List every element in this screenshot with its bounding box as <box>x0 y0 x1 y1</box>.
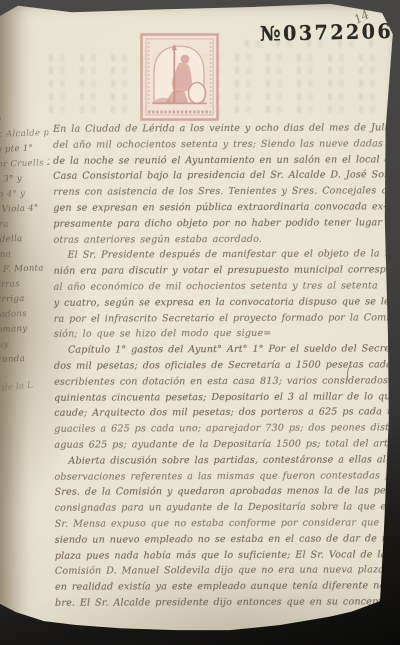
manuscript-line: guaciles a 625 ps cada uno; aparejador 7… <box>54 420 392 437</box>
manuscript-line: al año económico de mil ochocientos sete… <box>54 278 392 295</box>
manuscript-line: de la noche se reunió el Ayuntamiento en… <box>53 152 391 169</box>
manuscript-line: presamente para dicho objeto por no habe… <box>53 215 391 232</box>
manuscript-line: en realidad existía ya este empleado aun… <box>55 578 393 595</box>
manuscript-line: y cuatro, según se expresa en la convoca… <box>54 294 392 311</box>
manuscript-line: observaciones referentes a las mismas qu… <box>54 468 392 485</box>
margin-entry: uy <box>0 336 56 353</box>
manuscript-line: Capítulo 1° gastos del Ayunt° Art° 1° Po… <box>54 341 392 358</box>
margin-entry: Sr. Alcalde pte <box>0 126 49 143</box>
margin-entry: ladons <box>0 306 55 323</box>
margin-entry: randa <box>0 351 56 368</box>
photo-background: №0372206 14 <box>0 0 400 645</box>
manuscript-line: dos mil pesetas; dos oficiales de Secret… <box>54 357 392 374</box>
manuscript-line: escribientes con dotación en esta casa 8… <box>54 373 392 390</box>
manuscript-line: del año mil ochocientos setenta y tres; … <box>53 136 391 153</box>
manuscript-line: caude; Arquitecto dos mil pesetas; dos p… <box>54 405 392 422</box>
manuscript-line: bre. El Sr. Alcalde presidente dijo ento… <box>55 594 393 611</box>
margin-entry: era <box>0 216 52 233</box>
manuscript-line: Abierta discusión sobre las partidas, co… <box>54 452 392 469</box>
manuscript-line: plaza pues nada había más que lo suficie… <box>55 547 393 564</box>
manuscript-line: Sr. Mensa expuso que no estaba conforme … <box>55 515 393 532</box>
manuscript-line: nión era para discutir y votar el presup… <box>54 262 392 279</box>
manuscript-line: sión; lo que se hizo del modo que sigue= <box>54 326 392 343</box>
manuscript-line: ra por el infrascrito Secretario el proy… <box>54 310 392 327</box>
attendee-margin-list: SySr. Alcalde pteuy pte 1°Sor Cruells 2°… <box>0 111 56 368</box>
manuscript-line: quinientas cincuenta pesetas; Depositari… <box>54 389 392 406</box>
manuscript-line: gen se expresan en sesión pública extrao… <box>53 199 391 216</box>
manuscript-line: Sres. de la Comisión y quedaron aprobada… <box>55 484 393 501</box>
revenue-stamp-icon <box>140 33 219 121</box>
manuscript-line: aguas 625 ps; ayudante de la Depositaría… <box>54 436 392 453</box>
manuscript-line: En la Ciudad de Lérida a los veinte y oc… <box>53 120 391 137</box>
margin-entry: orras <box>0 276 54 293</box>
margin-entry: ena <box>0 246 53 263</box>
margin-entry: Sor Cruells 2° <box>0 156 50 173</box>
serial-number: №0372206 <box>260 20 394 46</box>
manuscript-line: rrens con asistencia de los Sres. Tenien… <box>53 183 391 200</box>
manuscript-line: El Sr. Presidente después de manifestar … <box>53 247 391 264</box>
manuscript-body: En la Ciudad de Lérida a los veinte y oc… <box>53 120 393 611</box>
manuscript-line: Comisión D. Manuel Soldevila dijo que no… <box>55 563 393 580</box>
manuscript-line: otras anteriores según estaba acordado. <box>53 231 391 248</box>
margin-note: de la L <box>2 380 34 393</box>
manuscript-line: Casa Consistorial bajo la presidencia de… <box>53 168 391 185</box>
document-page: №0372206 14 <box>0 0 400 645</box>
manuscript-line: consignadas para un ayudante de la Depos… <box>55 499 393 516</box>
manuscript-line: siendo un nuevo empleado no se estaba en… <box>55 531 393 548</box>
margin-entry: go 4° y <box>0 186 51 203</box>
